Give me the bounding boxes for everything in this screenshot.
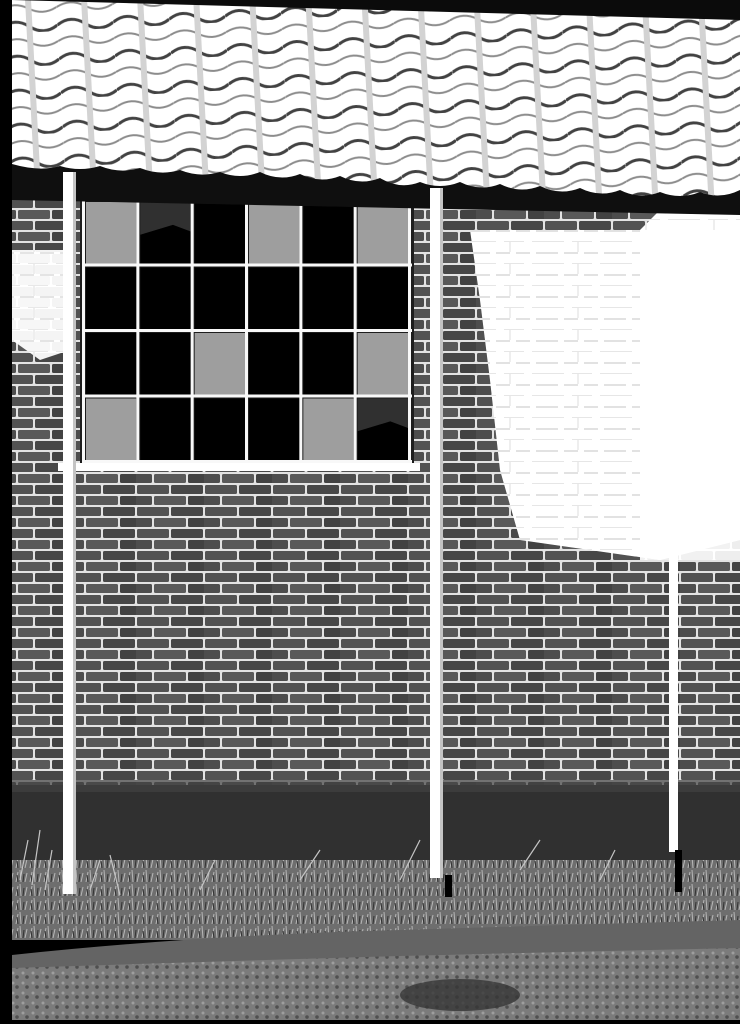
window xyxy=(58,196,420,471)
window-pane xyxy=(249,333,299,395)
window-muntin xyxy=(82,264,412,267)
window-pane xyxy=(195,202,245,264)
window-pane xyxy=(195,333,245,395)
window-pane xyxy=(195,268,245,330)
whitewash-left xyxy=(12,250,70,360)
window-pane xyxy=(195,399,245,461)
window-muntin xyxy=(82,460,412,463)
window-pane xyxy=(358,268,408,330)
window-pane xyxy=(140,399,190,461)
window-sill xyxy=(58,463,420,471)
window-pane xyxy=(358,202,408,264)
window-pane xyxy=(249,202,299,264)
pole xyxy=(63,172,76,894)
window-pane xyxy=(140,333,190,395)
window-pane xyxy=(303,268,353,330)
window-muntin xyxy=(82,395,412,398)
brick-wall-photograph xyxy=(0,0,740,1024)
window-pane xyxy=(358,333,408,395)
light-spill xyxy=(640,230,740,560)
window-pane xyxy=(249,268,299,330)
window-pane xyxy=(86,399,136,461)
window-pane xyxy=(303,202,353,264)
window-pane xyxy=(86,268,136,330)
window-pane xyxy=(303,399,353,461)
window-muntin xyxy=(82,329,412,332)
tiled-roof xyxy=(12,0,740,196)
window-pane xyxy=(140,268,190,330)
window-pane xyxy=(249,399,299,461)
window-pane xyxy=(86,202,136,264)
window-pane xyxy=(86,333,136,395)
window-pane xyxy=(303,333,353,395)
